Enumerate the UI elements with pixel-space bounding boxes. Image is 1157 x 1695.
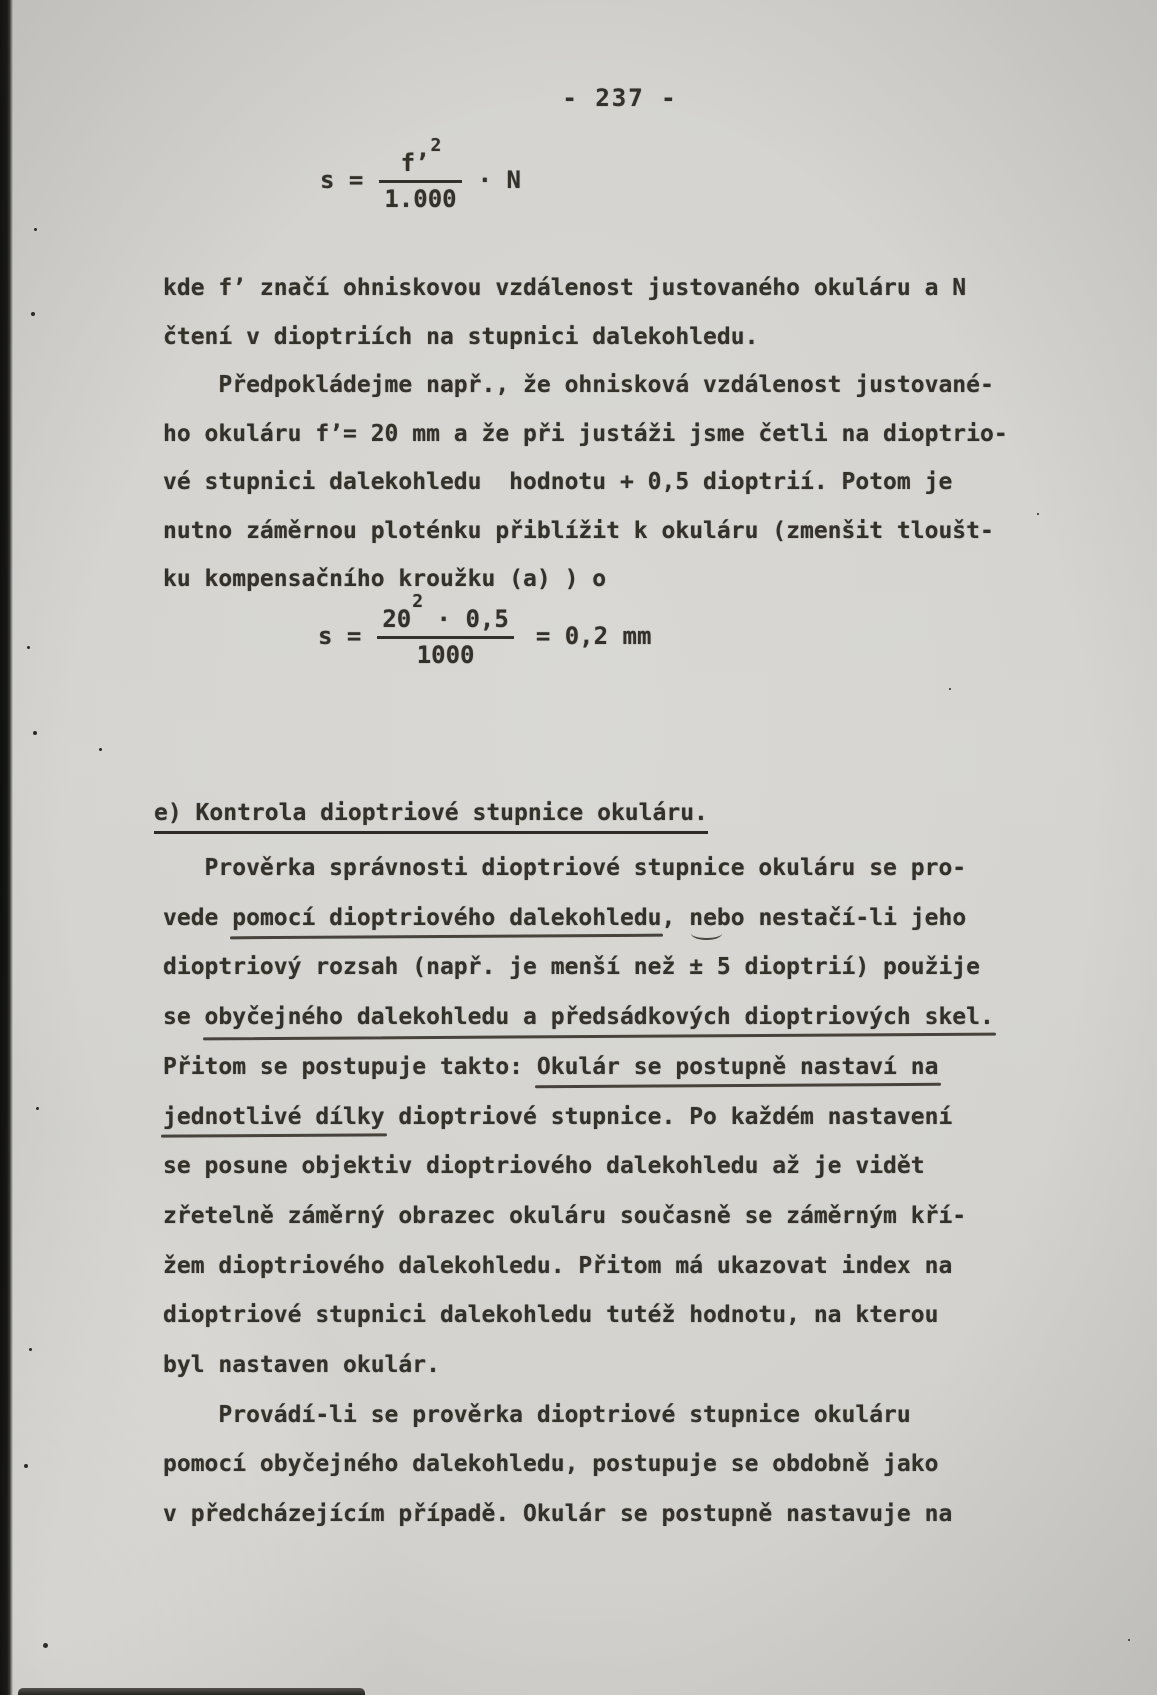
ink-speck: [36, 1107, 39, 1110]
text-segment: Provádí-li se prověrka dioptriové stupni…: [163, 1402, 911, 1428]
fraction-numerator: 202 · 0,5: [377, 602, 513, 633]
text-line: kde f’ značí ohniskovou vzdálenost justo…: [163, 264, 1008, 313]
fraction-bar: [377, 636, 513, 639]
text-line: se obyčejného dalekohledu a předsádkovýc…: [163, 993, 994, 1043]
formula-lhs: s =: [320, 166, 363, 194]
paragraph-intro: kde f’ značí ohniskovou vzdálenost justo…: [163, 264, 1008, 604]
text-segment: ho okuláru f’= 20 mm a že při justáži js…: [163, 421, 1008, 447]
text-line: zřetelně záměrný obrazec okuláru současn…: [163, 1192, 994, 1242]
scanned-page: - 237 - s = f’2 1.000 · N kde f’ značí o…: [0, 0, 1157, 1695]
ink-speck: [33, 731, 37, 735]
paragraph-body: Prověrka správnosti dioptriové stupnice …: [163, 844, 994, 1540]
text-segment: se posune objektiv dioptriového dalekohl…: [163, 1153, 925, 1179]
fraction: f’2 1.000: [379, 146, 461, 213]
text-segment: se: [163, 1004, 205, 1030]
text-line: dioptriové stupnici dalekohledu tutéž ho…: [163, 1291, 994, 1341]
fraction-denominator: 1.000: [379, 185, 461, 213]
text-line: Předpokládejme např., že ohnisková vzdál…: [163, 361, 1008, 410]
text-line: vede pomocí dioptriového dalekohledu, ne…: [163, 894, 994, 944]
ink-speck: [1037, 513, 1039, 515]
text-segment: dioptriové stupnici dalekohledu tutéž ho…: [163, 1302, 938, 1328]
text-line: nutno záměrnou ploténku přiblížit k okul…: [163, 507, 1008, 556]
text-line: jednotlivé dílky dioptriové stupnice. Po…: [163, 1093, 994, 1143]
text-segment: Prověrka správnosti dioptriové stupnice …: [163, 855, 966, 881]
text-segment: žem dioptriového dalekohledu. Přitom má …: [163, 1253, 952, 1279]
underlined-text: Okulár se postupně nastaví na: [537, 1054, 939, 1080]
text-segment: nutno záměrnou ploténku přiblížit k okul…: [163, 518, 994, 544]
text-segment: v předcházejícím případě. Okulár se post…: [163, 1501, 952, 1527]
fraction-denominator: 1000: [412, 641, 480, 669]
text-line: ku kompensačního kroužku (a) ) o: [163, 555, 1008, 604]
scan-edge-left: [0, 0, 13, 1695]
underlined-text: obyčejného dalekohledu a předsádkových d…: [205, 1004, 994, 1030]
text-segment: Předpokládejme např., že ohnisková vzdál…: [163, 372, 994, 398]
formula-focal-shift: s = f’2 1.000 · N: [320, 146, 521, 213]
text-segment: nestačí-li jeho: [745, 905, 967, 931]
text-segment: ku kompensačního kroužku (a) ) o: [163, 566, 606, 592]
text-segment: čtení v dioptriích na stupnici dalekohle…: [163, 324, 758, 350]
text-line: Přitom se postupuje takto: Okulár se pos…: [163, 1043, 994, 1093]
text-line: ho okuláru f’= 20 mm a že při justáži js…: [163, 410, 1008, 459]
page-number: - 237 -: [562, 84, 677, 112]
text-line: dioptriový rozsah (např. je menší než ± …: [163, 943, 994, 993]
formula-rhs: · N: [478, 166, 521, 194]
text-segment: ,: [662, 905, 690, 931]
ink-speck: [27, 646, 30, 649]
ink-speck: [34, 228, 37, 231]
ink-speck: [949, 688, 951, 690]
section-heading: e) Kontrola dioptriové stupnice okuláru.: [154, 800, 708, 834]
text-segment: vede: [163, 905, 232, 931]
text-segment: dioptriové stupnice. Po každém nastavení: [385, 1104, 953, 1130]
fraction-numerator: f’2: [396, 146, 446, 177]
text-line: Provádí-li se prověrka dioptriové stupni…: [163, 1391, 994, 1441]
ink-speck: [29, 1348, 32, 1351]
text-line: čtení v dioptriích na stupnici dalekohle…: [163, 313, 1008, 362]
text-segment: Přitom se postupuje takto:: [163, 1054, 537, 1080]
text-segment: dioptriový rozsah (např. je menší než ± …: [163, 954, 980, 980]
text-segment: zřetelně záměrný obrazec okuláru současn…: [163, 1203, 966, 1229]
text-segment: byl nastaven okulár.: [163, 1352, 440, 1378]
text-segment: pomocí obyčejného dalekohledu, postupuje…: [163, 1451, 938, 1477]
formula-lhs: s =: [318, 622, 361, 650]
text-line: byl nastaven okulár.: [163, 1341, 994, 1391]
ink-speck: [43, 1643, 48, 1648]
text-line: žem dioptriového dalekohledu. Přitom má …: [163, 1242, 994, 1292]
formula-result: = 0,2 mm: [536, 622, 652, 650]
text-line: Prověrka správnosti dioptriové stupnice …: [163, 844, 994, 894]
underlined-text: nebo: [689, 905, 744, 931]
text-line: v předcházejícím případě. Okulár se post…: [163, 1490, 994, 1540]
text-line: se posune objektiv dioptriového dalekohl…: [163, 1142, 994, 1192]
text-line: pomocí obyčejného dalekohledu, postupuje…: [163, 1440, 994, 1490]
fraction-bar: [379, 180, 461, 183]
fraction: 202 · 0,5 1000: [377, 602, 513, 669]
underlined-text: pomocí dioptriového dalekohledu: [232, 905, 661, 931]
text-segment: vé stupnici dalekohledu hodnotu + 0,5 di…: [163, 469, 952, 495]
ink-speck: [99, 748, 102, 751]
scan-edge-bottom: [18, 1688, 365, 1695]
formula-example: s = 202 · 0,5 1000 = 0,2 mm: [318, 602, 651, 669]
text-line: vé stupnici dalekohledu hodnotu + 0,5 di…: [163, 458, 1008, 507]
text-segment: kde f’ značí ohniskovou vzdálenost justo…: [163, 275, 966, 301]
ink-speck: [1128, 1639, 1130, 1641]
ink-speck: [31, 312, 35, 316]
ink-speck: [24, 1464, 28, 1468]
underlined-text: jednotlivé dílky: [163, 1104, 385, 1130]
